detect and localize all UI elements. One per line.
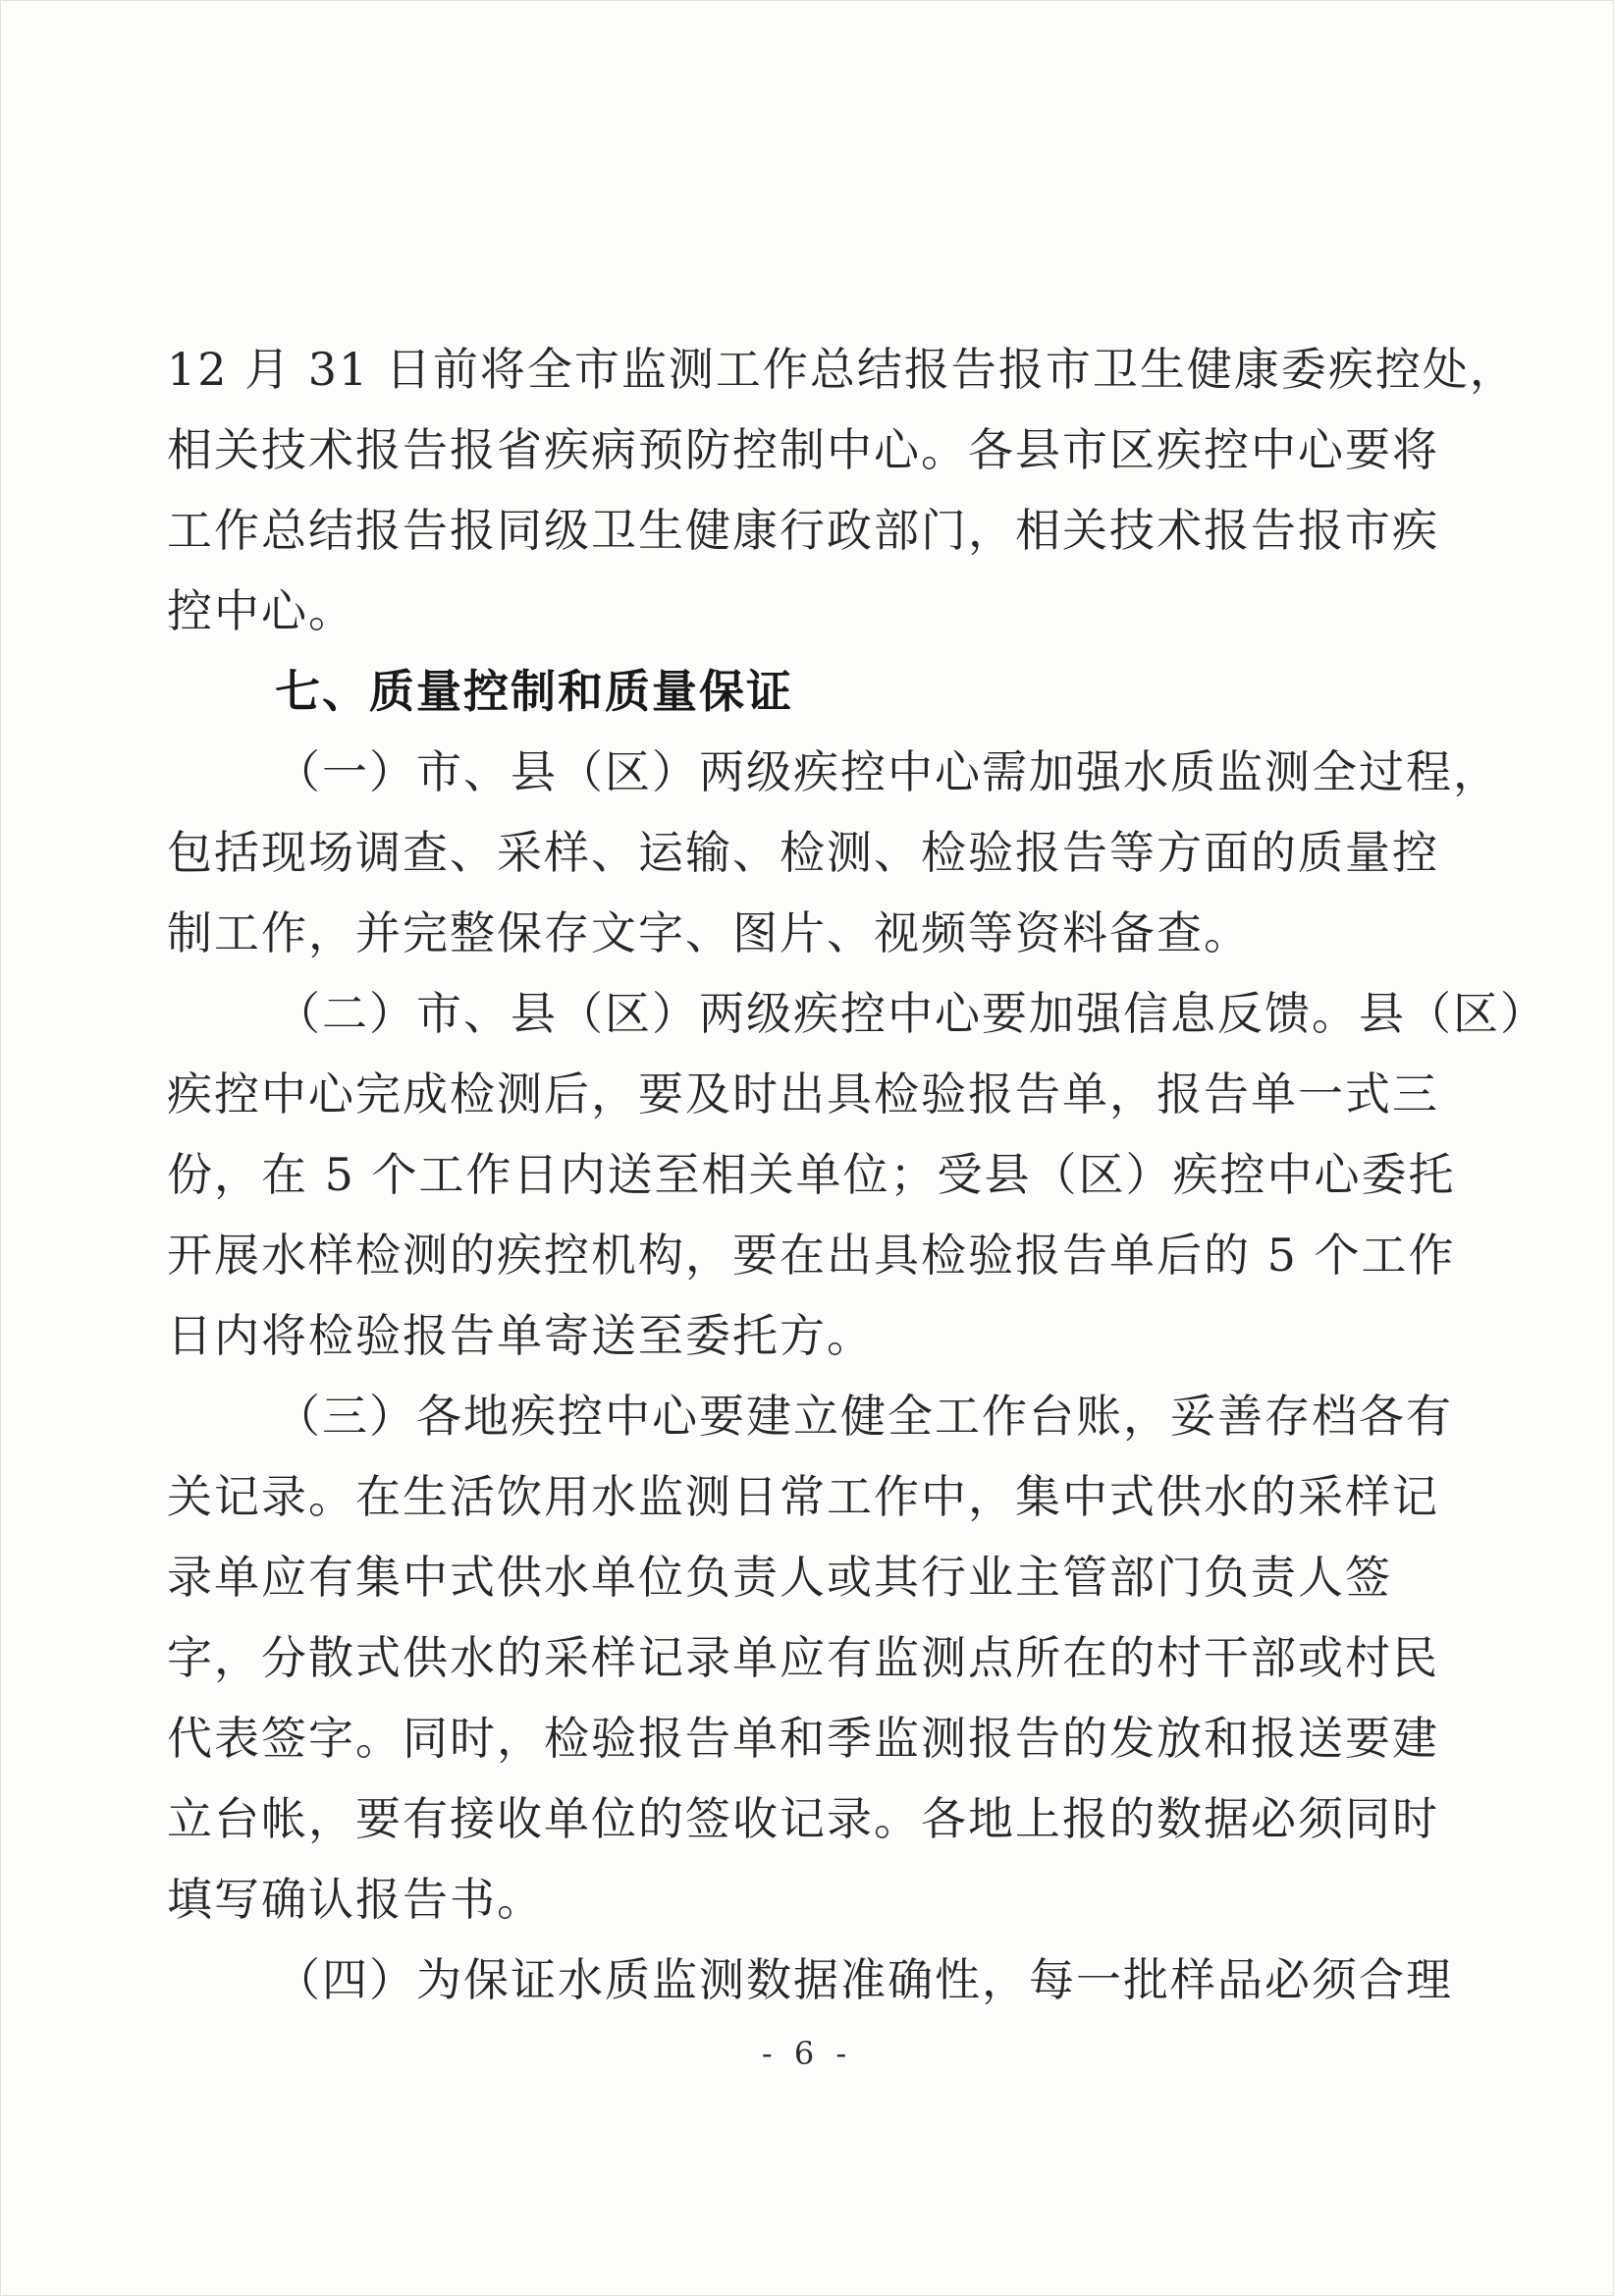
body-line: 包括现场调查、采样、运输、检测、检验报告等方面的质量控 — [167, 812, 1453, 893]
body-line: 关记录。在生活饮用水监测日常工作中，集中式供水的采样记 — [167, 1456, 1453, 1537]
body-line: 填写确认报告书。 — [167, 1859, 1453, 1940]
body-line: 份，在 5 个工作日内送至相关单位；受县（区）疾控中心委托 — [167, 1134, 1453, 1215]
body-line: 字，分散式供水的采样记录单应有监测点所在的村干部或村民 — [167, 1617, 1453, 1698]
document-body: 12 月 31 日前将全市监测工作总结报告报市卫生健康委疾控处， 相关技术报告报… — [167, 329, 1453, 2020]
body-line: （二）市、县（区）两级疾控中心要加强信息反馈。县（区） — [167, 973, 1453, 1054]
body-line: （三）各地疾控中心要建立健全工作台账，妥善存档各有 — [167, 1376, 1453, 1456]
body-line: 日内将检验报告单寄送至委托方。 — [167, 1295, 1453, 1376]
body-line: 12 月 31 日前将全市监测工作总结报告报市卫生健康委疾控处， — [167, 329, 1453, 410]
body-line: （一）市、县（区）两级疾控中心需加强水质监测全过程， — [167, 732, 1453, 812]
body-line: 制工作，并完整保存文字、图片、视频等资料备查。 — [167, 893, 1453, 973]
document-page: 12 月 31 日前将全市监测工作总结报告报市卫生健康委疾控处， 相关技术报告报… — [0, 0, 1614, 2296]
section-heading: 七、质量控制和质量保证 — [167, 651, 1453, 732]
page-number: - 6 - — [0, 2035, 1614, 2072]
body-line: （四）为保证水质监测数据准确性，每一批样品必须合理 — [167, 1940, 1453, 2020]
body-line: 立台帐，要有接收单位的签收记录。各地上报的数据必须同时 — [167, 1778, 1453, 1859]
body-line: 相关技术报告报省疾病预防控制中心。各县市区疾控中心要将 — [167, 410, 1453, 490]
body-line: 工作总结报告报同级卫生健康行政部门，相关技术报告报市疾 — [167, 490, 1453, 571]
body-line: 开展水样检测的疾控机构，要在出具检验报告单后的 5 个工作 — [167, 1215, 1453, 1295]
body-line: 疾控中心完成检测后，要及时出具检验报告单，报告单一式三 — [167, 1054, 1453, 1134]
body-line: 代表签字。同时，检验报告单和季监测报告的发放和报送要建 — [167, 1698, 1453, 1778]
body-line: 录单应有集中式供水单位负责人或其行业主管部门负责人签 — [167, 1537, 1453, 1617]
body-line: 控中心。 — [167, 571, 1453, 651]
